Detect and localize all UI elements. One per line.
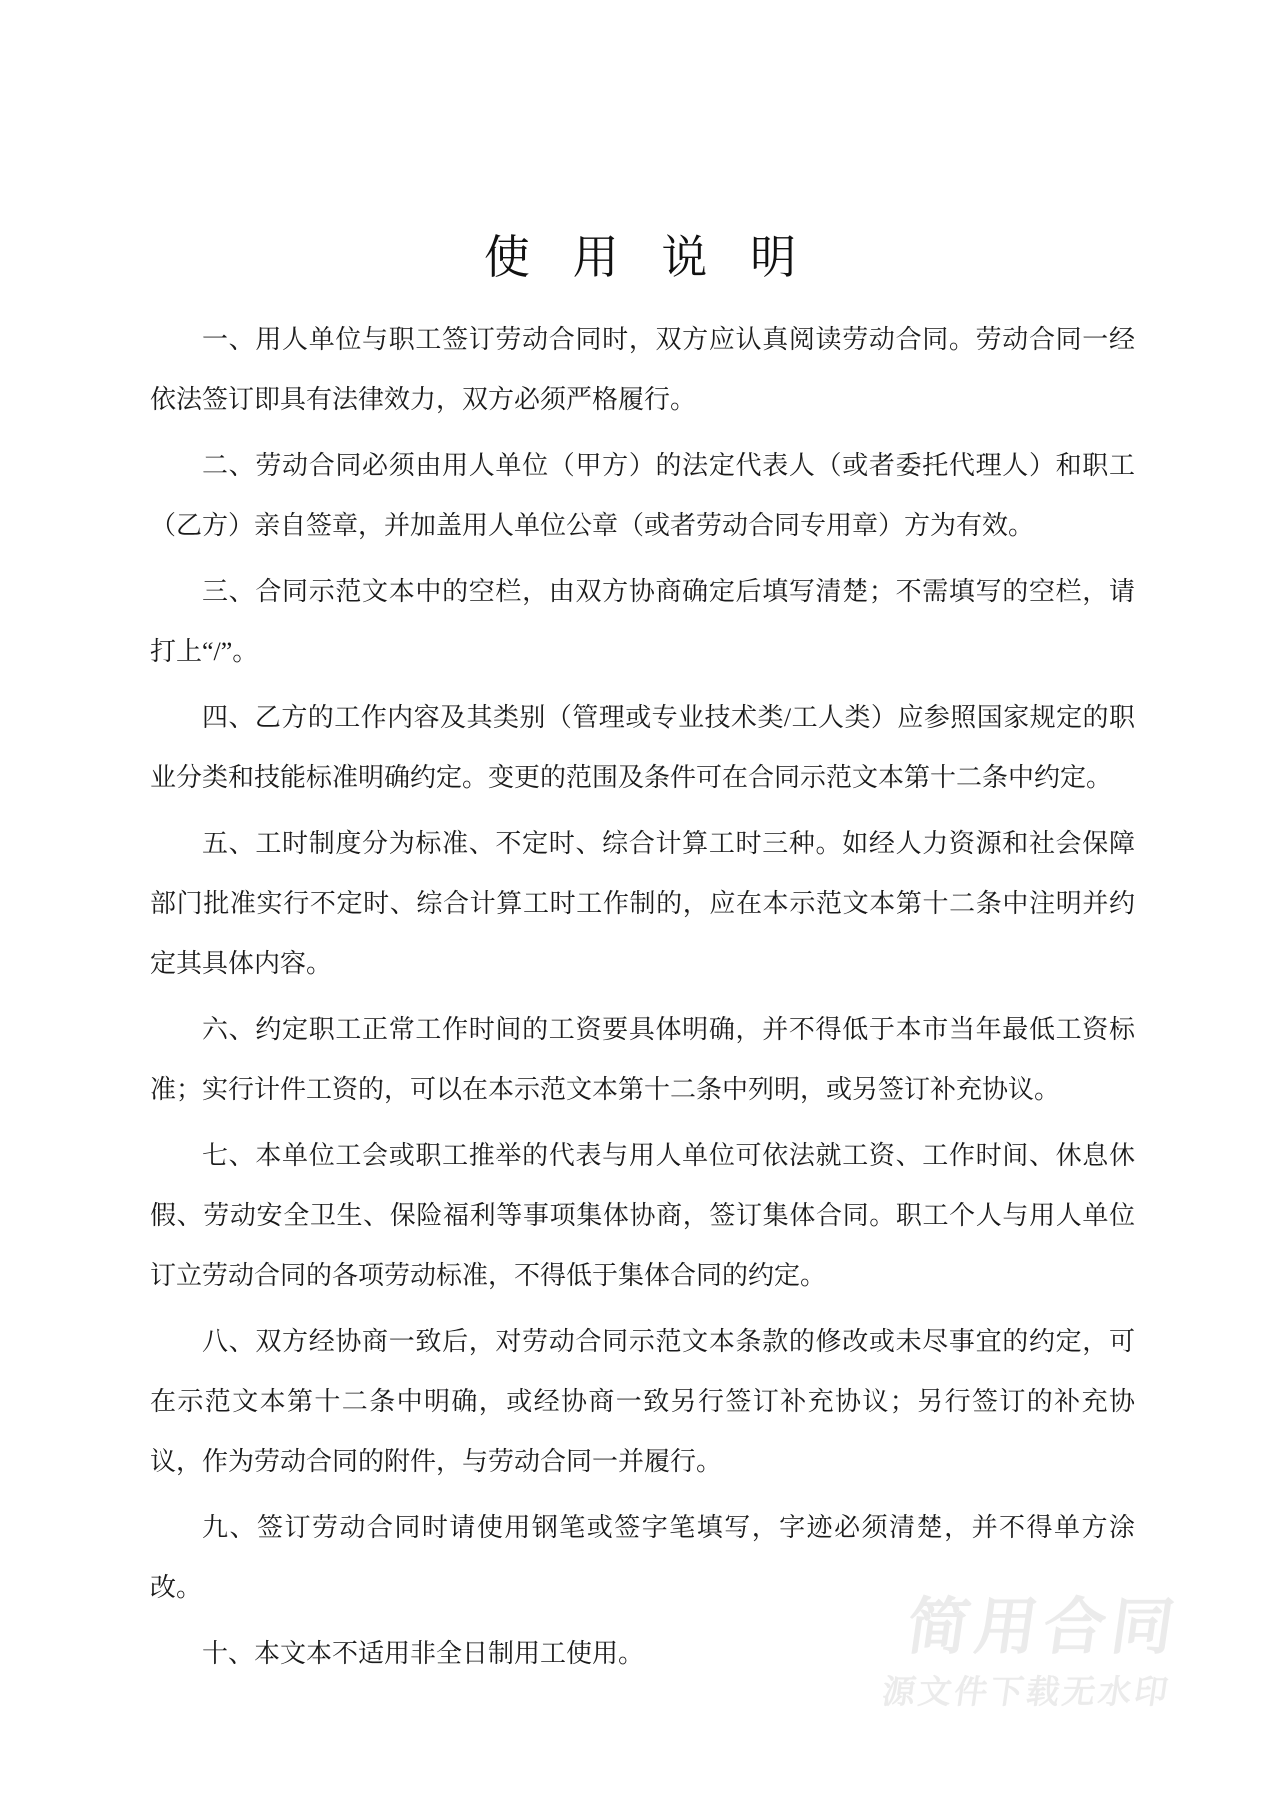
watermark-tagline: 源文件下载无水印 <box>880 1675 1173 1708</box>
instructions-body: 一、用人单位与职工签订劳动合同时，双方应认真阅读劳动合同。劳动合同一经依法签订即… <box>150 310 1135 1684</box>
instruction-paragraph: 六、约定职工正常工作时间的工资要具体明确，并不得低于本市当年最低工资标准；实行计… <box>150 1000 1135 1120</box>
page-title: 使 用 说 明 <box>0 0 1280 284</box>
instruction-paragraph: 八、双方经协商一致后，对劳动合同示范文本条款的修改或未尽事宜的约定，可在示范文本… <box>150 1312 1135 1492</box>
document-page: 使 用 说 明 一、用人单位与职工签订劳动合同时，双方应认真阅读劳动合同。劳动合… <box>0 0 1280 1810</box>
instruction-paragraph: 三、合同示范文本中的空栏，由双方协商确定后填写清楚；不需填写的空栏，请打上“/”… <box>150 562 1135 682</box>
instruction-paragraph: 二、劳动合同必须由用人单位（甲方）的法定代表人（或者委托代理人）和职工（乙方）亲… <box>150 436 1135 556</box>
instruction-paragraph: 四、乙方的工作内容及其类别（管理或专业技术类/工人类）应参照国家规定的职业分类和… <box>150 688 1135 808</box>
watermark-brand: 简用合同 <box>887 1597 1184 1659</box>
instruction-paragraph: 一、用人单位与职工签订劳动合同时，双方应认真阅读劳动合同。劳动合同一经依法签订即… <box>150 310 1135 430</box>
instruction-paragraph: 五、工时制度分为标准、不定时、综合计算工时三种。如经人力资源和社会保障部门批准实… <box>150 814 1135 994</box>
watermark: 简用合同 源文件下载无水印 <box>880 1597 1184 1708</box>
instruction-paragraph: 七、本单位工会或职工推举的代表与用人单位可依法就工资、工作时间、休息休假、劳动安… <box>150 1126 1135 1306</box>
